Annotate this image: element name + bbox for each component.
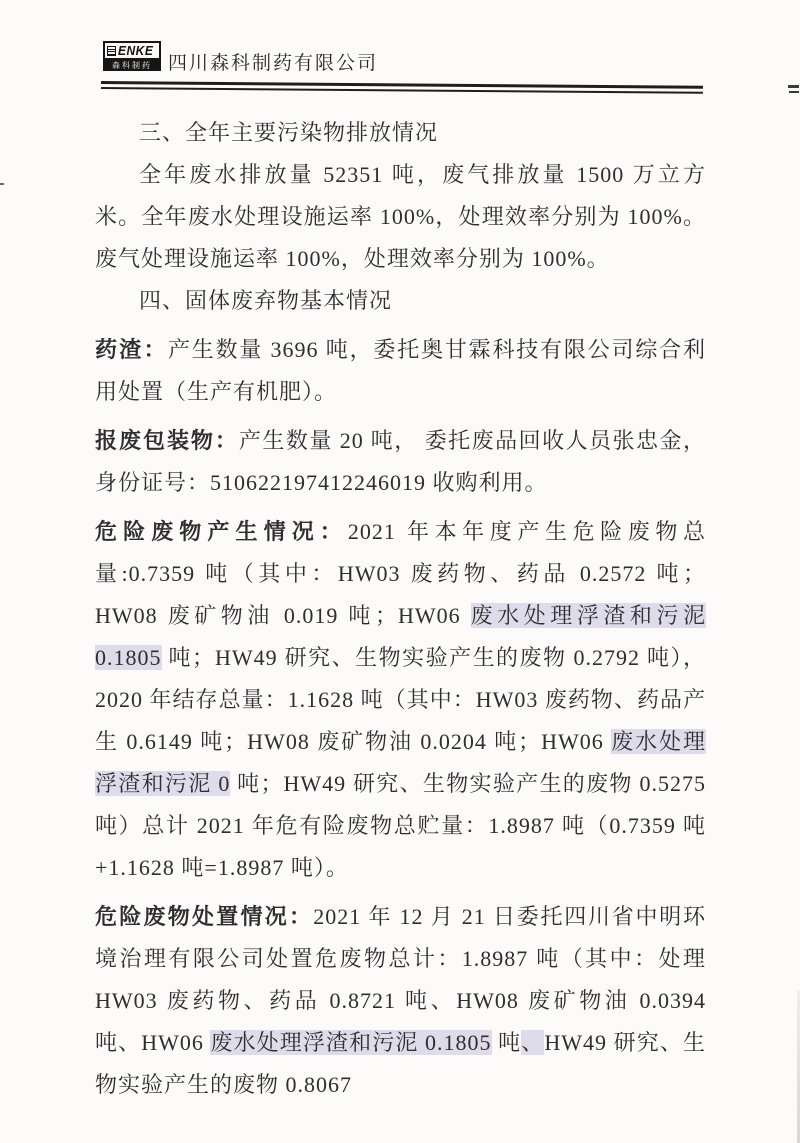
para-medicine-residue: 药渣：产生数量 3696 吨，委托奥甘霖科技有限公司综合利用处置（生产有机肥）。 xyxy=(95,329,706,413)
scan-speck xyxy=(789,91,799,93)
report-body: 三、全年主要污染物排放情况 全年废水排放量 52351 吨，废气排放量 1500… xyxy=(95,112,706,1106)
bold-label: 危险废物处置情况： xyxy=(95,904,313,929)
scanned-report-page: ENKE 森科制药 四川森科制药有限公司 三、全年主要污染物排放情况 全年废水排… xyxy=(0,0,800,1143)
logo-top-row: ENKE xyxy=(103,41,161,60)
scan-speck xyxy=(788,85,799,88)
text-segment: 四、固体废弃物基本情况 xyxy=(139,288,392,313)
para-emissions-summary: 全年废水排放量 52351 吨，废气排放量 1500 万立方米。全年废水处理设施… xyxy=(95,154,706,280)
highlighted-text: 废水处理浮渣和污泥 0.1805 xyxy=(210,1030,491,1055)
company-name: 四川森科制药有限公司 xyxy=(168,48,378,75)
section-heading-solid-waste: 四、固体废弃物基本情况 xyxy=(95,280,706,322)
header-double-rule xyxy=(101,81,703,94)
bold-label: 报废包装物： xyxy=(95,428,239,453)
bold-label: 危险废物产生情况： xyxy=(95,519,348,544)
para-hazardous-waste-disposal: 危险废物处置情况：2021 年 12 月 21 日委托四川省中明环境治理有限公司… xyxy=(95,896,706,1106)
text-segment: 全年废水排放量 52351 吨，废气排放量 1500 万立方米。全年废水处理设施… xyxy=(95,162,706,271)
text-segment: 吨 xyxy=(492,1030,522,1055)
logo-brand-text: ENKE xyxy=(118,43,153,58)
text-segment: 三、全年主要污染物排放情况 xyxy=(139,120,438,145)
bold-label: 药渣： xyxy=(95,337,168,362)
highlighted-text: 、 xyxy=(521,1030,544,1055)
logo-mark-icon xyxy=(107,46,116,56)
para-hazardous-waste-generation: 危险废物产生情况：2021 年本年度产生危险废物总量:0.7359 吨（其中：H… xyxy=(95,511,706,889)
para-scrap-packaging: 报废包装物：产生数量 20 吨， 委托废品回收人员张忠金，身份证号：510622… xyxy=(95,420,706,504)
scan-speck xyxy=(0,183,4,185)
text-segment: 产生数量 3696 吨，委托奥甘霖科技有限公司综合利用处置（生产有机肥）。 xyxy=(95,337,706,404)
logo-subtext: 森科制药 xyxy=(103,60,161,71)
company-logo: ENKE 森科制药 xyxy=(103,41,161,71)
section-heading-pollutant-emissions: 三、全年主要污染物排放情况 xyxy=(95,112,706,154)
